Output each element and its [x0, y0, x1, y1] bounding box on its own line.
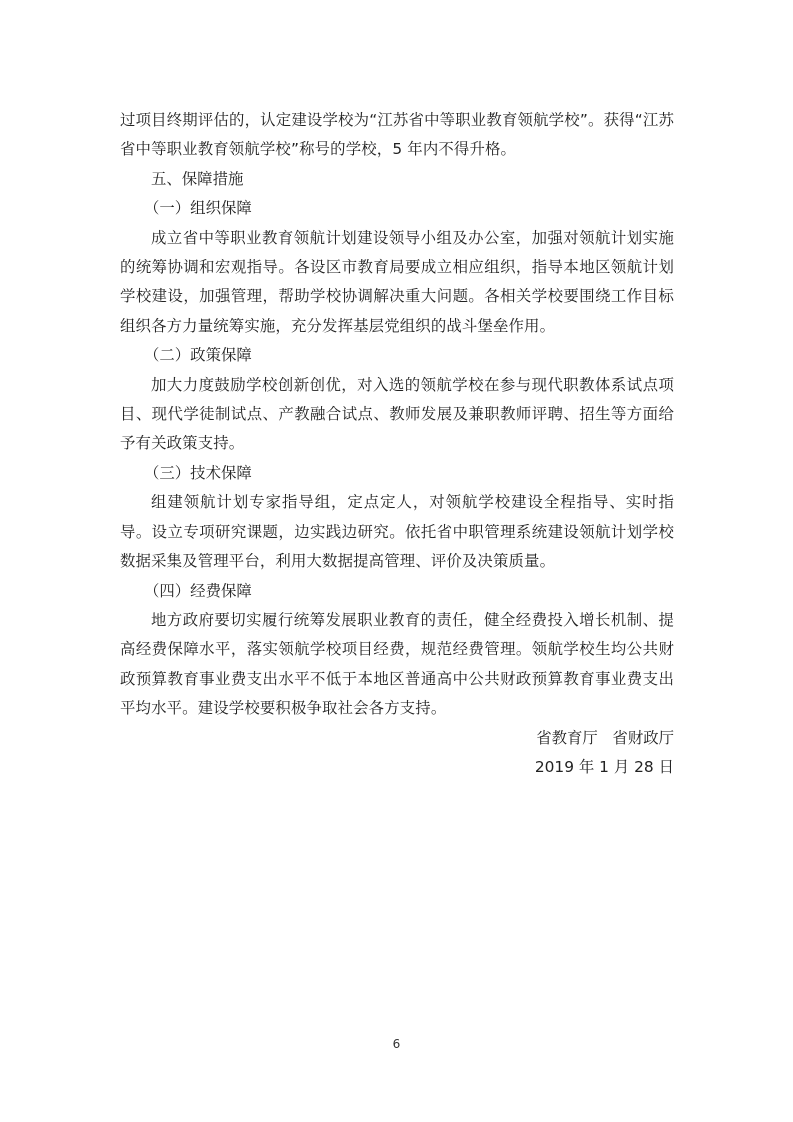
subsection-body-organization: 成立省中等职业教育领航计划建设领导小组及办公室，加强对领航计划实施的统筹协调和宏…	[120, 224, 674, 342]
signature-issuers: 省教育厅 省财政厅	[536, 724, 674, 753]
document-page: 过项目终期评估的，认定建设学校为“江苏省中等职业教育领航学校”。获得“江苏省中等…	[120, 106, 674, 783]
subsection-body-policy: 加大力度鼓励学校创新创优，对入选的领航学校在参与现代职教体系试点项目、现代学徒制…	[120, 371, 674, 459]
section-heading-safeguards: 五、保障措施	[120, 165, 674, 194]
signature-date: 2019 年 1 月 28 日	[535, 753, 674, 782]
continuation-paragraph: 过项目终期评估的，认定建设学校为“江苏省中等职业教育领航学校”。获得“江苏省中等…	[120, 106, 674, 165]
subsection-heading-policy: （二）政策保障	[120, 341, 674, 370]
subsection-heading-organization: （一）组织保障	[120, 194, 674, 223]
subsection-body-funding: 地方政府要切实履行统筹发展职业教育的责任，健全经费投入增长机制、提高经费保障水平…	[120, 606, 674, 724]
subsection-heading-technology: （三）技术保障	[120, 459, 674, 488]
page-number: 6	[0, 1037, 793, 1051]
subsection-heading-funding: （四）经费保障	[120, 577, 674, 606]
subsection-body-technology: 组建领航计划专家指导组，定点定人，对领航学校建设全程指导、实时指导。设立专项研究…	[120, 488, 674, 576]
signature-block: 省教育厅 省财政厅 2019 年 1 月 28 日	[120, 724, 674, 783]
